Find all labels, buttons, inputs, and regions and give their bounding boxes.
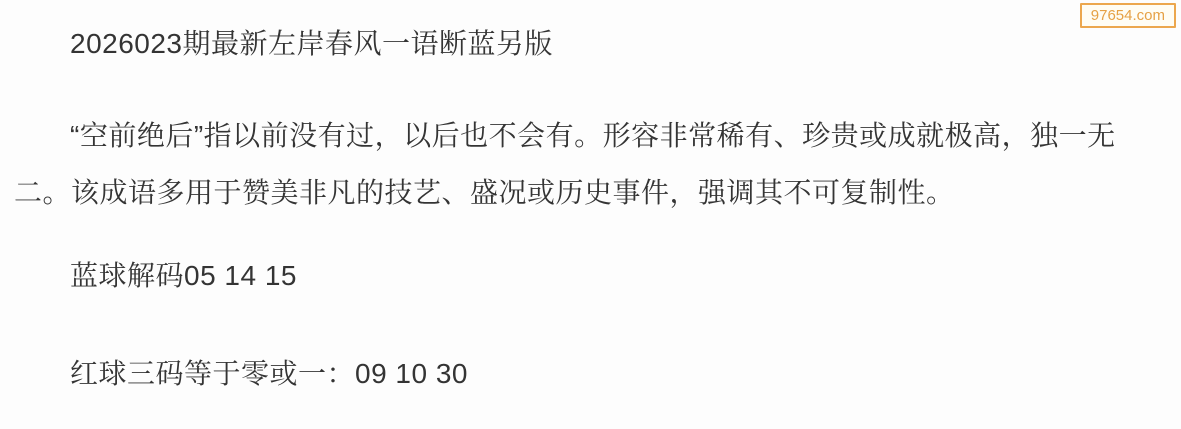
article-title: 2026023期最新左岸春风一语断蓝另版 [14, 15, 1167, 72]
idiom-explanation-paragraph: “空前绝后”指以前没有过，以后也不会有。形容非常稀有、珍贵或成就极高，独一无二。… [14, 107, 1167, 221]
blue-ball-decode-line: 蓝球解码05 14 15 [14, 247, 1167, 304]
article-page: 97654.com 2026023期最新左岸春风一语断蓝另版 “空前绝后”指以前… [0, 0, 1181, 429]
article-content: 2026023期最新左岸春风一语断蓝另版 “空前绝后”指以前没有过，以后也不会有… [0, 15, 1181, 402]
red-ball-three-codes-line: 红球三码等于零或一：09 10 30 [14, 345, 1167, 402]
site-watermark-badge: 97654.com [1080, 3, 1176, 28]
